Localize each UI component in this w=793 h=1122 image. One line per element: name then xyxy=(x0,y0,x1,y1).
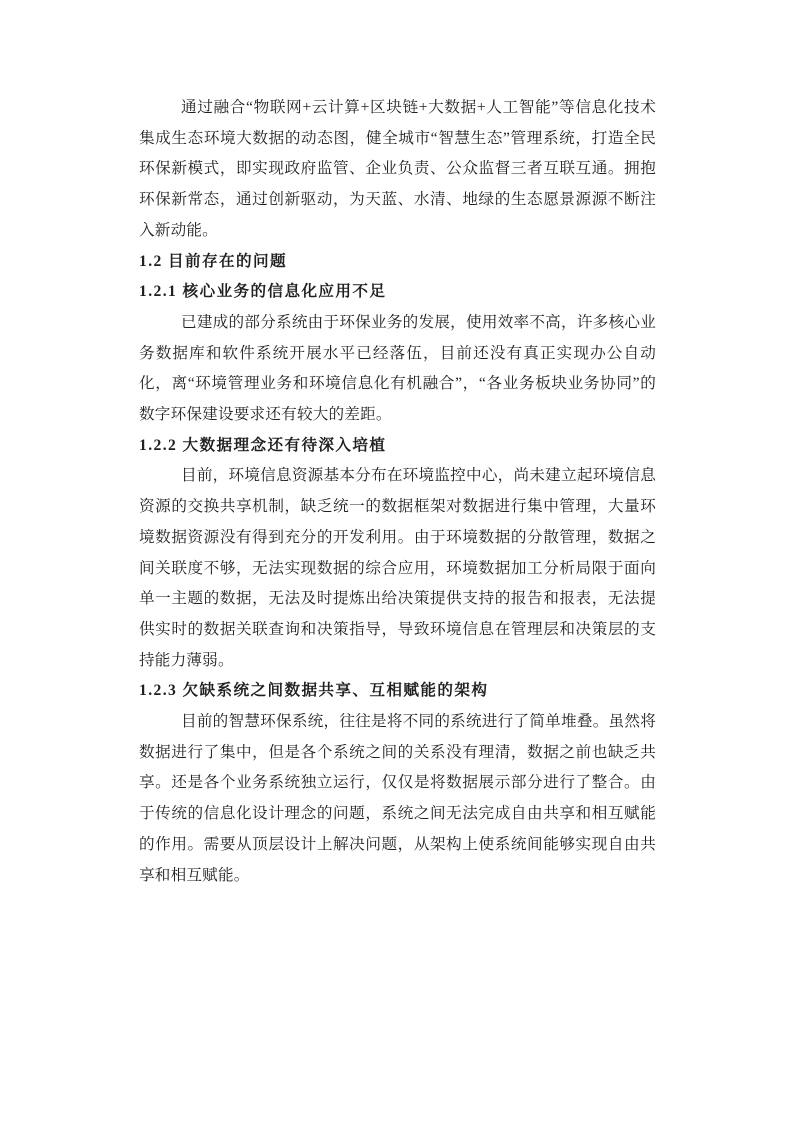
heading-1-2: 1.2 目前存在的问题 xyxy=(139,247,656,278)
heading-1-2-1: 1.2.1 核心业务的信息化应用不足 xyxy=(139,277,656,308)
heading-1-2-3: 1.2.3 欠缺系统之间数据共享、互相赋能的架构 xyxy=(139,676,656,707)
document-body: 通过融合“物联网+云计算+区块链+大数据+人工智能”等信息化技术集成生态环境大数… xyxy=(139,93,656,891)
intro-paragraph: 通过融合“物联网+云计算+区块链+大数据+人工智能”等信息化技术集成生态环境大数… xyxy=(139,93,656,247)
paragraph-1-2-2: 目前，环境信息资源基本分布在环境监控中心，尚未建立起环境信息资源的交换共享机制，… xyxy=(139,461,656,676)
paragraph-1-2-3: 目前的智慧环保系统，往往是将不同的系统进行了简单堆叠。虽然将数据进行了集中，但是… xyxy=(139,707,656,891)
paragraph-1-2-1: 已建成的部分系统由于环保业务的发展，使用效率不高，许多核心业务数据库和软件系统开… xyxy=(139,308,656,431)
document-page: 通过融合“物联网+云计算+区块链+大数据+人工智能”等信息化技术集成生态环境大数… xyxy=(0,0,793,1122)
heading-1-2-2: 1.2.2 大数据理念还有待深入培植 xyxy=(139,431,656,462)
